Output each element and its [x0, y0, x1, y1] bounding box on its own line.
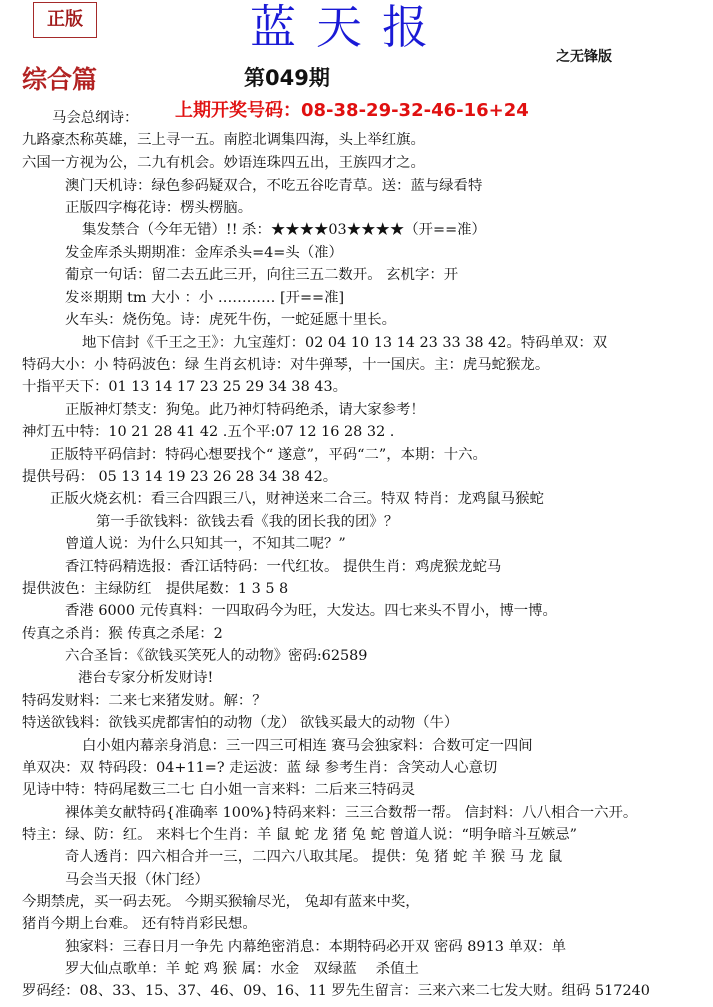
- text-line: 集发禁合（今年无错）!! 杀：★★★★03★★★★（开==准）: [82, 220, 486, 240]
- text-line: 九路豪杰称英雄，三上寻一五。南腔北调集四海，头上举红旗。: [22, 130, 425, 150]
- text-line: 香港 6000 元传真料：一四取码今为旺，大发达。四七来头不胃小，博一博。: [65, 601, 557, 621]
- text-line: 正版神灯禁支：狗兔。此乃神灯特码绝杀，请大家参考！: [65, 400, 425, 420]
- text-line: 港台专家分析发财诗!: [78, 668, 213, 688]
- page-title: 蓝天报: [250, 2, 448, 52]
- text-line: 特送欲钱料：欲钱买虎都害怕的动物（龙） 欲钱买最大的动物（牛）: [22, 713, 458, 733]
- text-line: 神灯五中特：10 21 28 41 42 .五个平:07 12 16 28 32…: [22, 422, 394, 442]
- text-line: 奇人透肖：四六相合并一三，二四六八取其尾。 提供：兔 猪 蛇 羊 猴 马 龙 鼠: [65, 847, 562, 867]
- text-line: 澳门天机诗：绿色参码疑双合，不吃五谷吃青草。送：蓝与绿看特: [65, 176, 482, 196]
- issue-number: 第049期: [244, 62, 330, 92]
- last-draw-results: 上期开奖号码：08-38-29-32-46-16+24: [175, 96, 529, 122]
- text-line: 单双决：双 特码段：04+11=? 走运波：蓝 绿 参考生肖：含笑动人心意切: [22, 758, 497, 778]
- text-line: 罗码经：08、33、15、37、46、09、16、11 罗先生留言：三来六来二七…: [22, 981, 650, 1001]
- text-line: 六合圣旨：《欲钱买笑死人的动物》密码:62589: [65, 646, 367, 666]
- edition-subtitle: 之无锋版: [556, 46, 612, 66]
- text-line: 曾道人说：为什么只知其一，不知其二呢？”: [65, 534, 346, 554]
- text-line: 独家料：三春日月一争先 内幕绝密消息：本期特码必开双 密码 8913 单双：单: [65, 937, 566, 957]
- text-line: 罗大仙点歌单：羊 蛇 鸡 猴 属：水金 双绿蓝 杀值土: [65, 959, 419, 979]
- text-line: 火车头：烧伤兔。诗：虎死牛伤，一蛇延愿十里长。: [65, 310, 396, 330]
- text-line: 十指平天下：01 13 14 17 23 25 29 34 38 43。: [22, 377, 347, 397]
- text-line: 地下信封《千王之王》：九宝莲灯：02 04 10 13 14 23 33 38 …: [82, 333, 607, 353]
- text-line: 马会总纲诗：: [52, 108, 138, 128]
- text-line: 特主：绿、防：红。 来料七个生肖：羊 鼠 蛇 龙 猪 兔 蛇 曾道人说：“明争暗…: [22, 825, 577, 845]
- text-line: 特码大小：小 特码波色：绿 生肖玄机诗：对牛弹琴，十一国庆。主：虎马蛇猴龙。: [22, 355, 549, 375]
- text-line: 第一手欲钱料：欲钱去看《我的团长我的团》？: [96, 512, 398, 532]
- text-line: 传真之杀肖：猴 传真之杀尾：2: [22, 624, 223, 644]
- text-line: 裸体美女献特码{准确率 100%}特码来料：三三合数帮一帮。 信封料：八八相合一…: [65, 803, 637, 823]
- last-draw-label: 上期开奖号码：: [175, 100, 301, 121]
- genuine-edition-badge: 正版: [33, 2, 97, 38]
- text-line: 提供波色：主绿防红 提供尾数：1 3 5 8: [22, 579, 288, 599]
- text-line: 马会当天报（休门经）: [65, 870, 209, 890]
- text-line: 正版特平码信封：特码心想要找个“ 遂意”，平码“二”，本期：十六。: [50, 445, 487, 465]
- text-line: 六国一方视为公，二九有机会。妙语连珠四五出，王族四才之。: [22, 153, 425, 173]
- text-line: 特码发财料：二来七来猪发财。解：？: [22, 691, 267, 711]
- text-line: 发※期期 tm 大小 ：小 ………… [开==准]: [65, 288, 344, 308]
- last-draw-numbers: 08-38-29-32-46-16+24: [301, 100, 529, 121]
- text-line: 香江特码精选报：香江话特码：一代红妆。 提供生肖：鸡虎猴龙蛇马: [65, 557, 501, 577]
- text-line: 提供号码： 05 13 14 19 23 26 28 34 38 42。: [22, 467, 337, 487]
- text-line: 正版火烧玄机：看三合四跟三八，财神送来二合三。特双 特肖：龙鸡鼠马猴蛇: [50, 489, 544, 509]
- text-line: 正版四字梅花诗：楞头楞脑。: [65, 198, 252, 218]
- text-line: 今期禁虎，买一码去死。 今期买猴输尽光， 兔却有蓝来中奖，: [22, 892, 420, 912]
- text-line: 发金库杀头期期准：金库杀头=4=头（准）: [65, 243, 343, 263]
- text-line: 白小姐内幕亲身消息：三一四三可相连 赛马会独家料：合数可定一四间: [82, 736, 533, 756]
- text-line: 猪肖今期上台难。 还有特肖彩民想。: [22, 914, 257, 934]
- text-line: 葡京一句话：留二去五此三开，向往三五二数开。 玄机字：开: [65, 265, 458, 285]
- text-line: 见诗中特：特码尾数三二七 白小姐一言来料：二后来三特码灵: [22, 780, 415, 800]
- section-heading: 综合篇: [22, 60, 97, 96]
